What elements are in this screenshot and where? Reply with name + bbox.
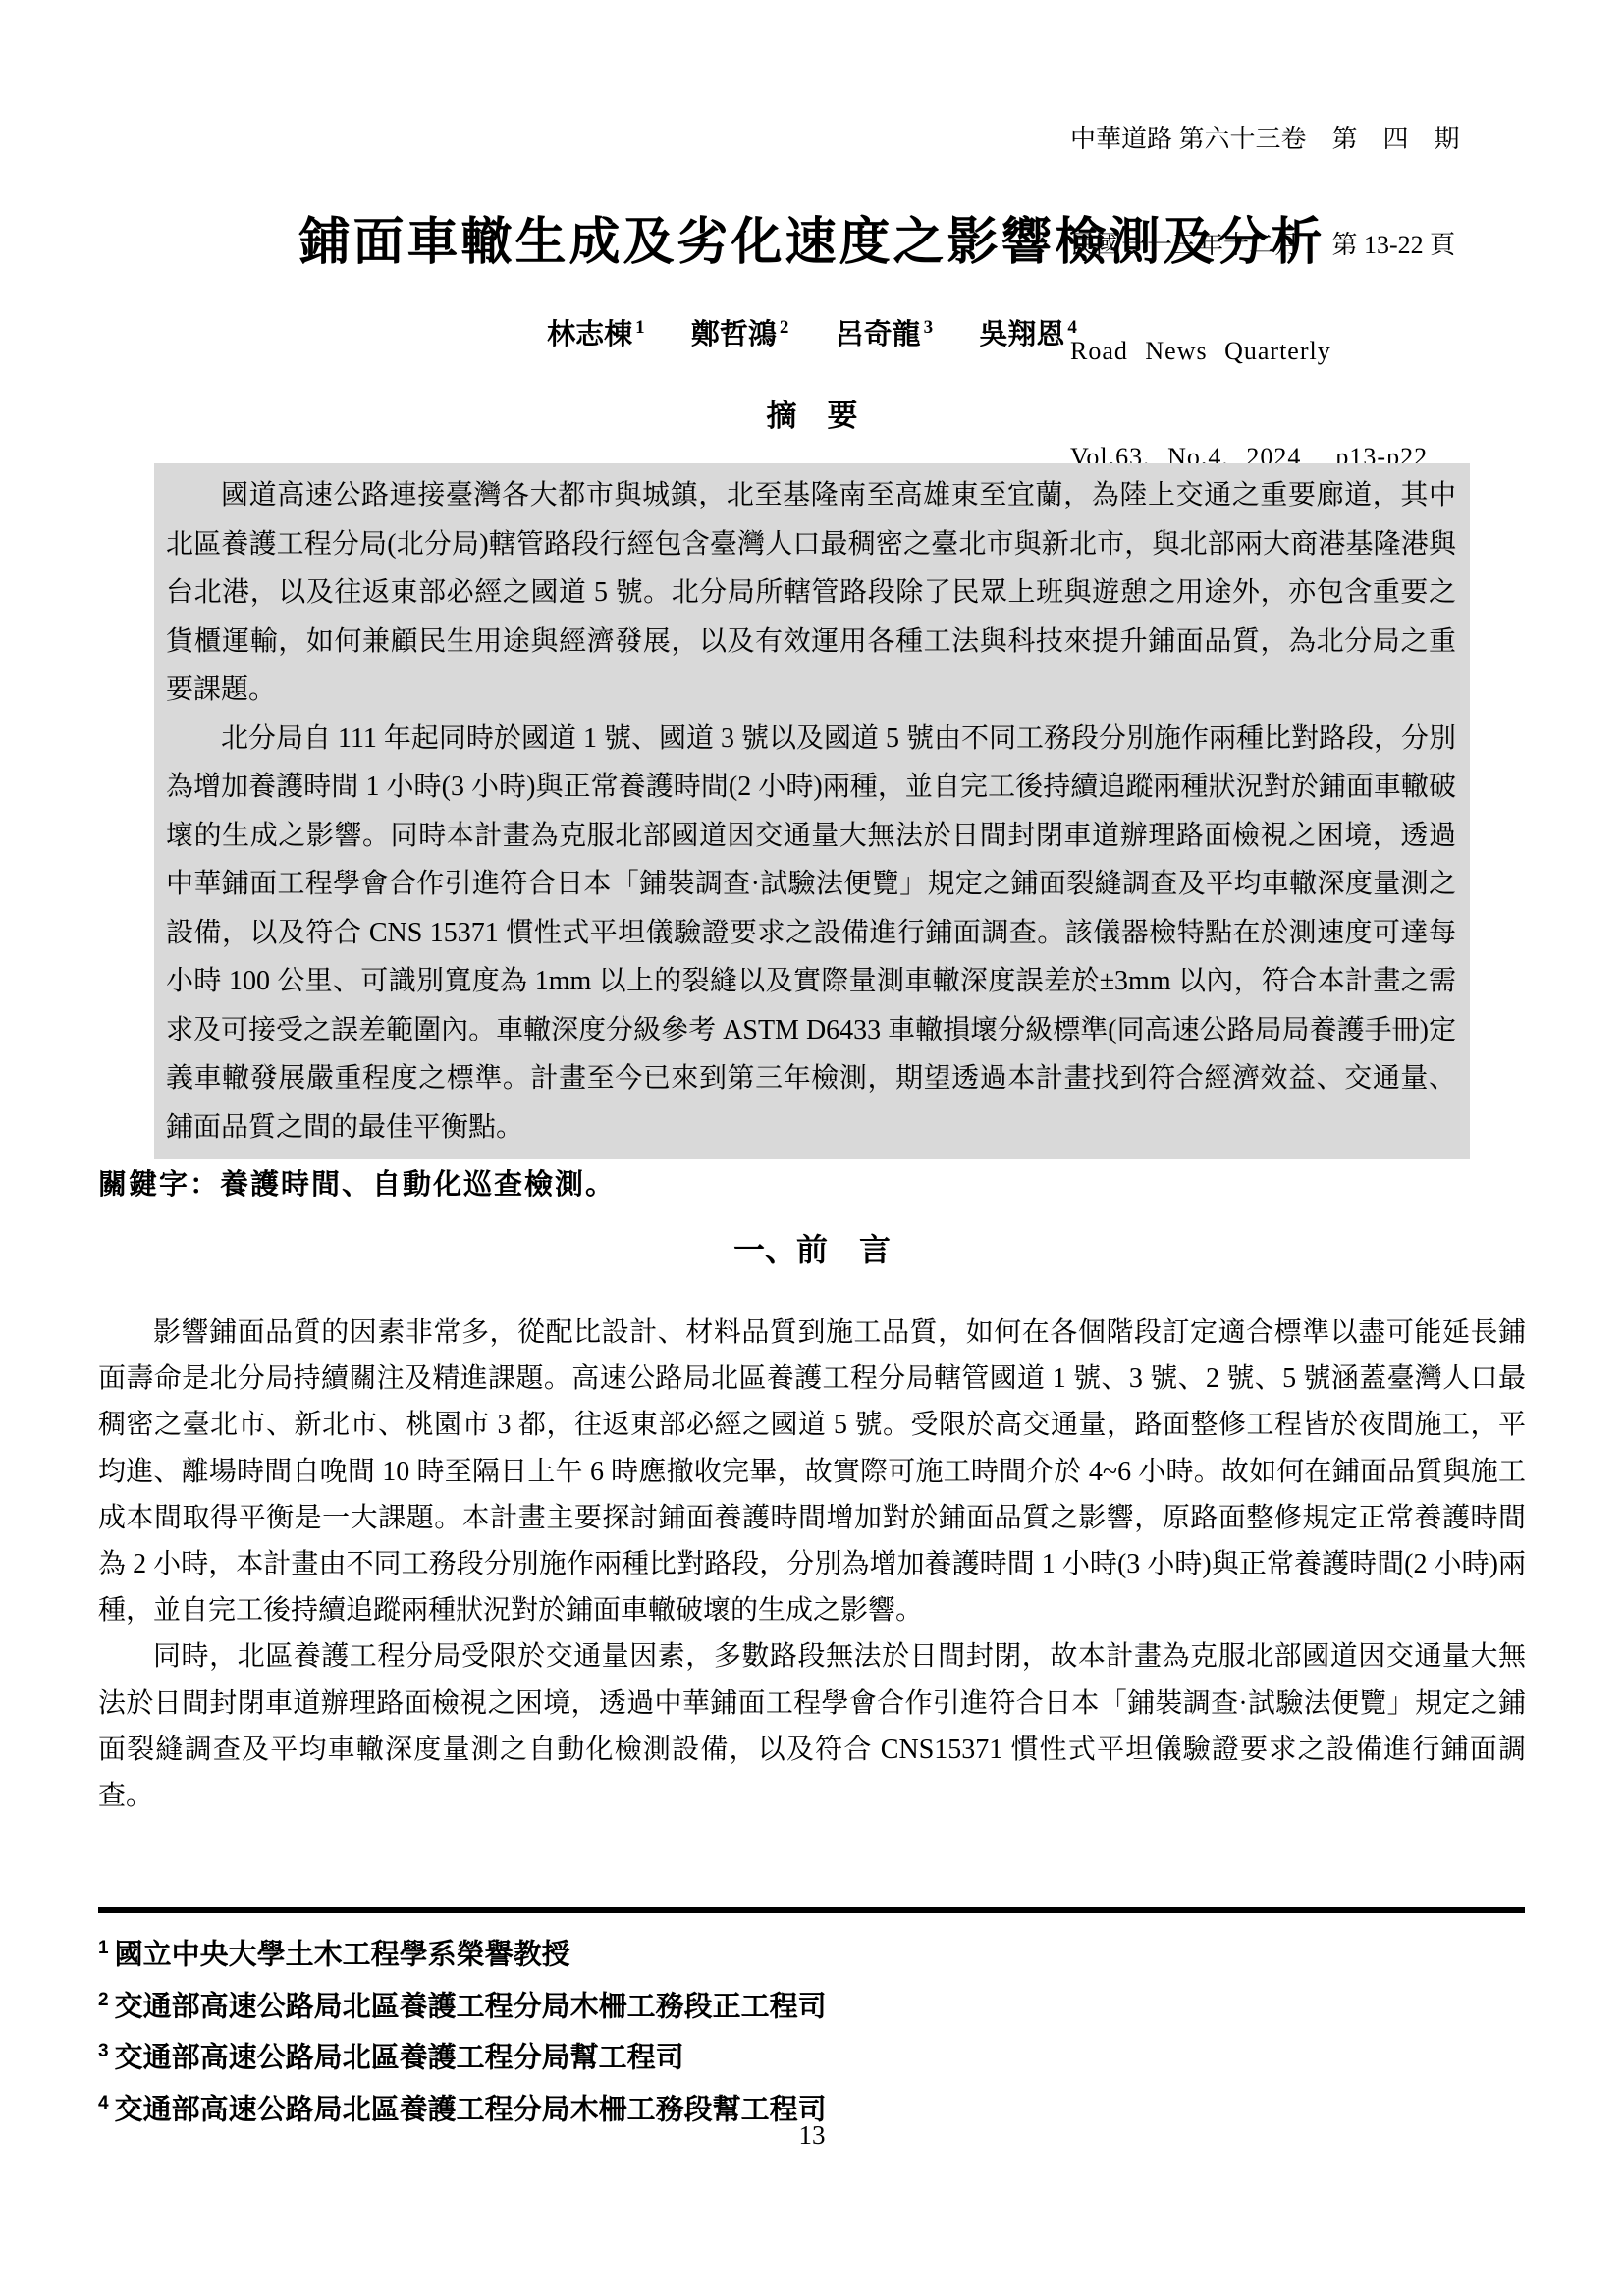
author-list: 林志棟1 鄭哲鴻2 呂奇龍3 吳翔恩4 xyxy=(0,312,1624,352)
footnote: 1國立中央大學土木工程學系榮譽教授 xyxy=(98,1926,1526,1978)
document-page: 中華道路 第六十三卷 第 四 期 民國一一三年十二月 第 13-22 頁 Roa… xyxy=(0,0,1624,2296)
keywords-line: 關鍵字：養護時間、自動化巡查檢測。 xyxy=(98,1162,1526,1202)
author-affiliation-marker: 3 xyxy=(924,317,934,338)
author-affiliation-marker: 1 xyxy=(635,317,645,338)
footnote-number: 4 xyxy=(98,2093,109,2113)
footnote-text: 國立中央大學土木工程學系榮譽教授 xyxy=(115,1940,570,1971)
author-affiliation-marker: 2 xyxy=(780,317,789,338)
footnote-divider xyxy=(98,1907,1525,1913)
footnote-text: 交通部高速公路局北區養護工程分局幫工程司 xyxy=(115,2043,684,2074)
footnote: 2交通部高速公路局北區養護工程分局木柵工務段正工程司 xyxy=(98,1978,1526,2030)
footnote: 3交通部高速公路局北區養護工程分局幫工程司 xyxy=(98,2029,1526,2081)
journal-title-volume: 中華道路 第六十三卷 第 四 期 xyxy=(1070,122,1542,157)
author: 吳翔恩4 xyxy=(979,319,1077,350)
author: 鄭哲鴻2 xyxy=(691,319,789,350)
abstract-paragraph: 國道高速公路連接臺灣各大都市與城鎮，北至基隆南至高雄東至宜蘭，為陸上交通之重要廊… xyxy=(166,471,1456,715)
author: 呂奇龍3 xyxy=(836,319,934,350)
author-name: 呂奇龍 xyxy=(836,319,921,350)
footnote-text: 交通部高速公路局北區養護工程分局木柵工務段正工程司 xyxy=(115,1991,827,2022)
footnote-number: 2 xyxy=(98,1990,109,2010)
page-number: 13 xyxy=(0,2120,1624,2151)
author-name: 林志棟 xyxy=(547,319,632,350)
footnote-number: 3 xyxy=(98,2041,109,2061)
footnotes: 1國立中央大學土木工程學系榮譽教授 2交通部高速公路局北區養護工程分局木柵工務段… xyxy=(98,1926,1526,2133)
author-name: 鄭哲鴻 xyxy=(691,319,777,350)
author-name: 吳翔恩 xyxy=(979,319,1064,350)
body-paragraph: 同時，北區養護工程分局受限於交通量因素，多數路段無法於日間封閉，故本計畫為克服北… xyxy=(98,1633,1526,1819)
author-affiliation-marker: 4 xyxy=(1067,317,1077,338)
abstract-box: 國道高速公路連接臺灣各大都市與城鎮，北至基隆南至高雄東至宜蘭，為陸上交通之重要廊… xyxy=(154,463,1470,1159)
article-title: 鋪面車轍生成及劣化速度之影響檢測及分析 xyxy=(0,200,1624,274)
abstract-heading: 摘 要 xyxy=(0,391,1624,435)
footnote-number: 1 xyxy=(98,1938,109,1958)
abstract-paragraph: 北分局自 111 年起同時於國道 1 號、國道 3 號以及國道 5 號由不同工務… xyxy=(166,715,1456,1152)
section-body: 影響鋪面品質的因素非常多，從配比設計、材料品質到施工品質，如何在各個階段訂定適合… xyxy=(98,1309,1526,1819)
section-heading-introduction: 一、前 言 xyxy=(0,1225,1624,1270)
body-paragraph: 影響鋪面品質的因素非常多，從配比設計、材料品質到施工品質，如何在各個階段訂定適合… xyxy=(98,1309,1526,1633)
author: 林志棟1 xyxy=(547,319,645,350)
